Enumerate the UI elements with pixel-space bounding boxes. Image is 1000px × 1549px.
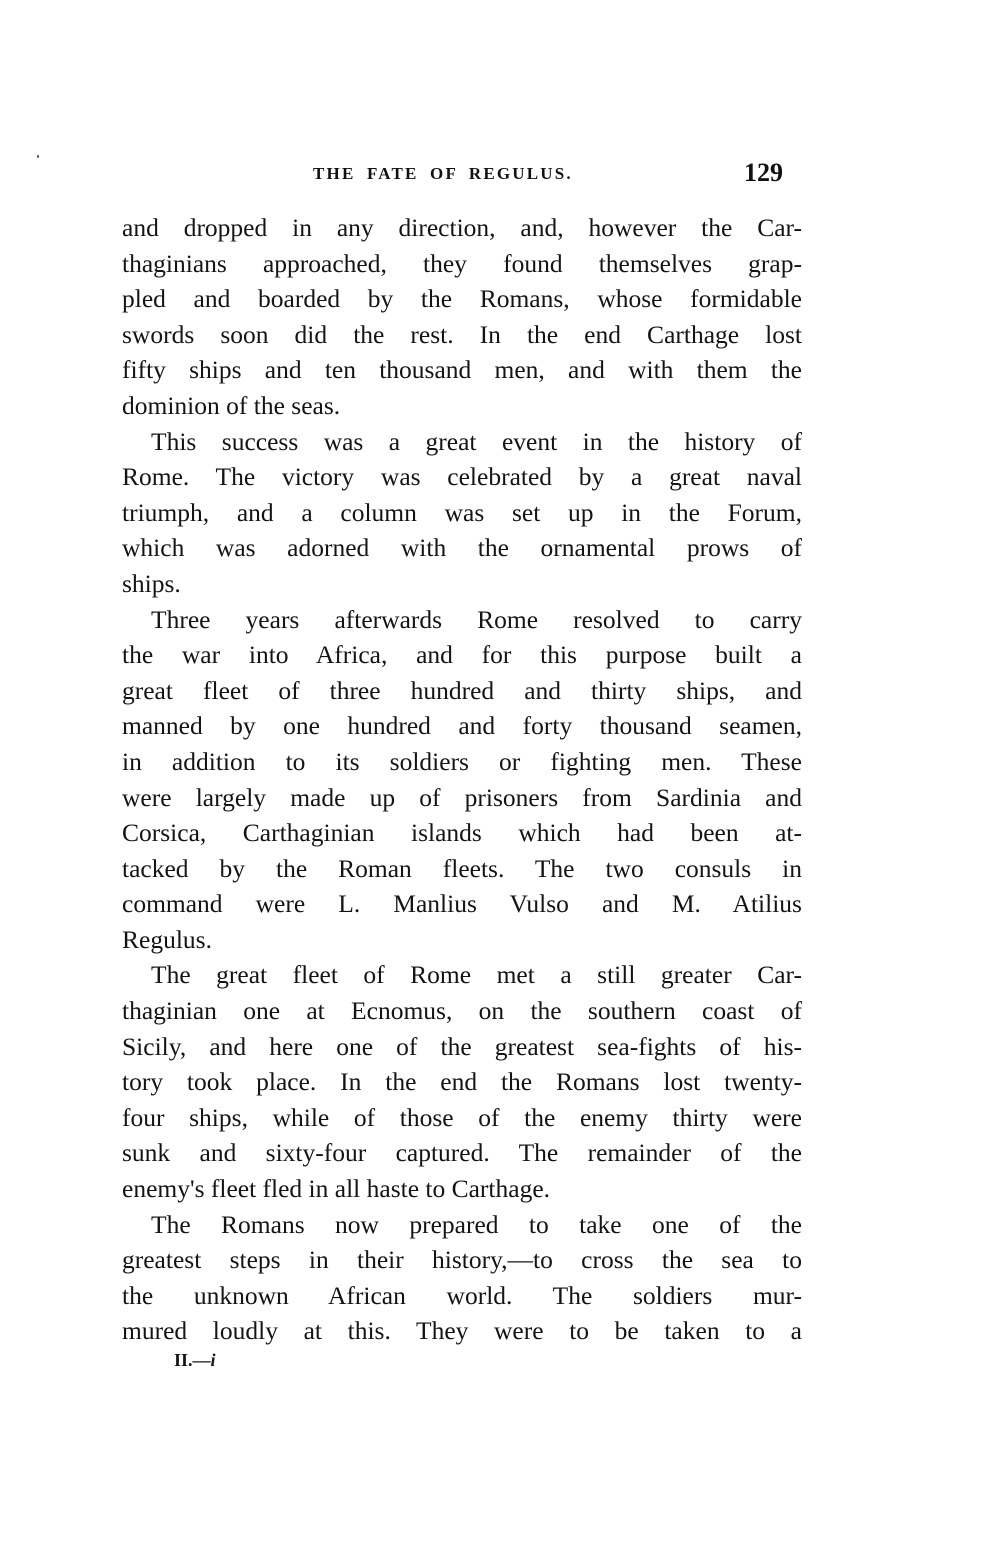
body-text: and dropped in any direction, and, howev…	[122, 210, 802, 1349]
text-line: pled and boarded by the Romans, whose fo…	[122, 281, 802, 317]
signature-mark-roman: II.—	[174, 1350, 211, 1370]
text-line: command were L. Manlius Vulso and M. Ati…	[122, 886, 802, 922]
text-line: mured loudly at this. They were to be ta…	[122, 1313, 802, 1349]
text-line: The Romans now prepared to take one of t…	[122, 1207, 802, 1243]
text-line: the war into Africa, and for this purpos…	[122, 637, 802, 673]
page-number: 129	[744, 158, 783, 188]
signature-mark-italic: i	[211, 1350, 216, 1370]
paragraph-2: This success was a great event in the hi…	[122, 424, 802, 602]
text-line: ships.	[122, 566, 802, 602]
text-line: dominion of the seas.	[122, 388, 802, 424]
text-line: four ships, while of those of the enemy …	[122, 1100, 802, 1136]
text-line: fifty ships and ten thousand men, and wi…	[122, 352, 802, 388]
text-line: thaginian one at Ecnomus, on the souther…	[122, 993, 802, 1029]
text-line: were largely made up of prisoners from S…	[122, 780, 802, 816]
text-line: tory took place. In the end the Romans l…	[122, 1064, 802, 1100]
text-line: tacked by the Roman fleets. The two cons…	[122, 851, 802, 887]
text-line: Regulus.	[122, 922, 802, 958]
text-line: great fleet of three hundred and thirty …	[122, 673, 802, 709]
paragraph-4: The great fleet of Rome met a still grea…	[122, 957, 802, 1206]
paragraph-3: Three years afterwards Rome resolved to …	[122, 602, 802, 958]
text-line: and dropped in any direction, and, howev…	[122, 210, 802, 246]
text-line: This success was a great event in the hi…	[122, 424, 802, 460]
text-line: enemy's fleet fled in all haste to Carth…	[122, 1171, 802, 1207]
text-line: thaginians approached, they found themse…	[122, 246, 802, 282]
text-line: manned by one hundred and forty thousand…	[122, 708, 802, 744]
running-title: THE FATE OF REGULUS.	[313, 164, 573, 184]
text-line: in addition to its soldiers or fighting …	[122, 744, 802, 780]
text-line: swords soon did the rest. In the end Car…	[122, 317, 802, 353]
text-line: greatest steps in their history,—to cros…	[122, 1242, 802, 1278]
text-line: triumph, and a column was set up in the …	[122, 495, 802, 531]
text-line: Three years afterwards Rome resolved to …	[122, 602, 802, 638]
book-page: THE FATE OF REGULUS. 129 and dropped in …	[0, 0, 1000, 1549]
text-line: Rome. The victory was celebrated by a gr…	[122, 459, 802, 495]
text-line: Sicily, and here one of the greatest sea…	[122, 1029, 802, 1065]
text-line: which was adorned with the ornamental pr…	[122, 530, 802, 566]
text-line: The great fleet of Rome met a still grea…	[122, 957, 802, 993]
paragraph-5: The Romans now prepared to take one of t…	[122, 1207, 802, 1349]
running-head: THE FATE OF REGULUS. 129	[0, 158, 1000, 188]
text-line: the unknown African world. The soldiers …	[122, 1278, 802, 1314]
signature-mark: II.—i	[174, 1350, 216, 1371]
text-line: sunk and sixty-four captured. The remain…	[122, 1135, 802, 1171]
paragraph-1: and dropped in any direction, and, howev…	[122, 210, 802, 424]
text-line: Corsica, Carthaginian islands which had …	[122, 815, 802, 851]
